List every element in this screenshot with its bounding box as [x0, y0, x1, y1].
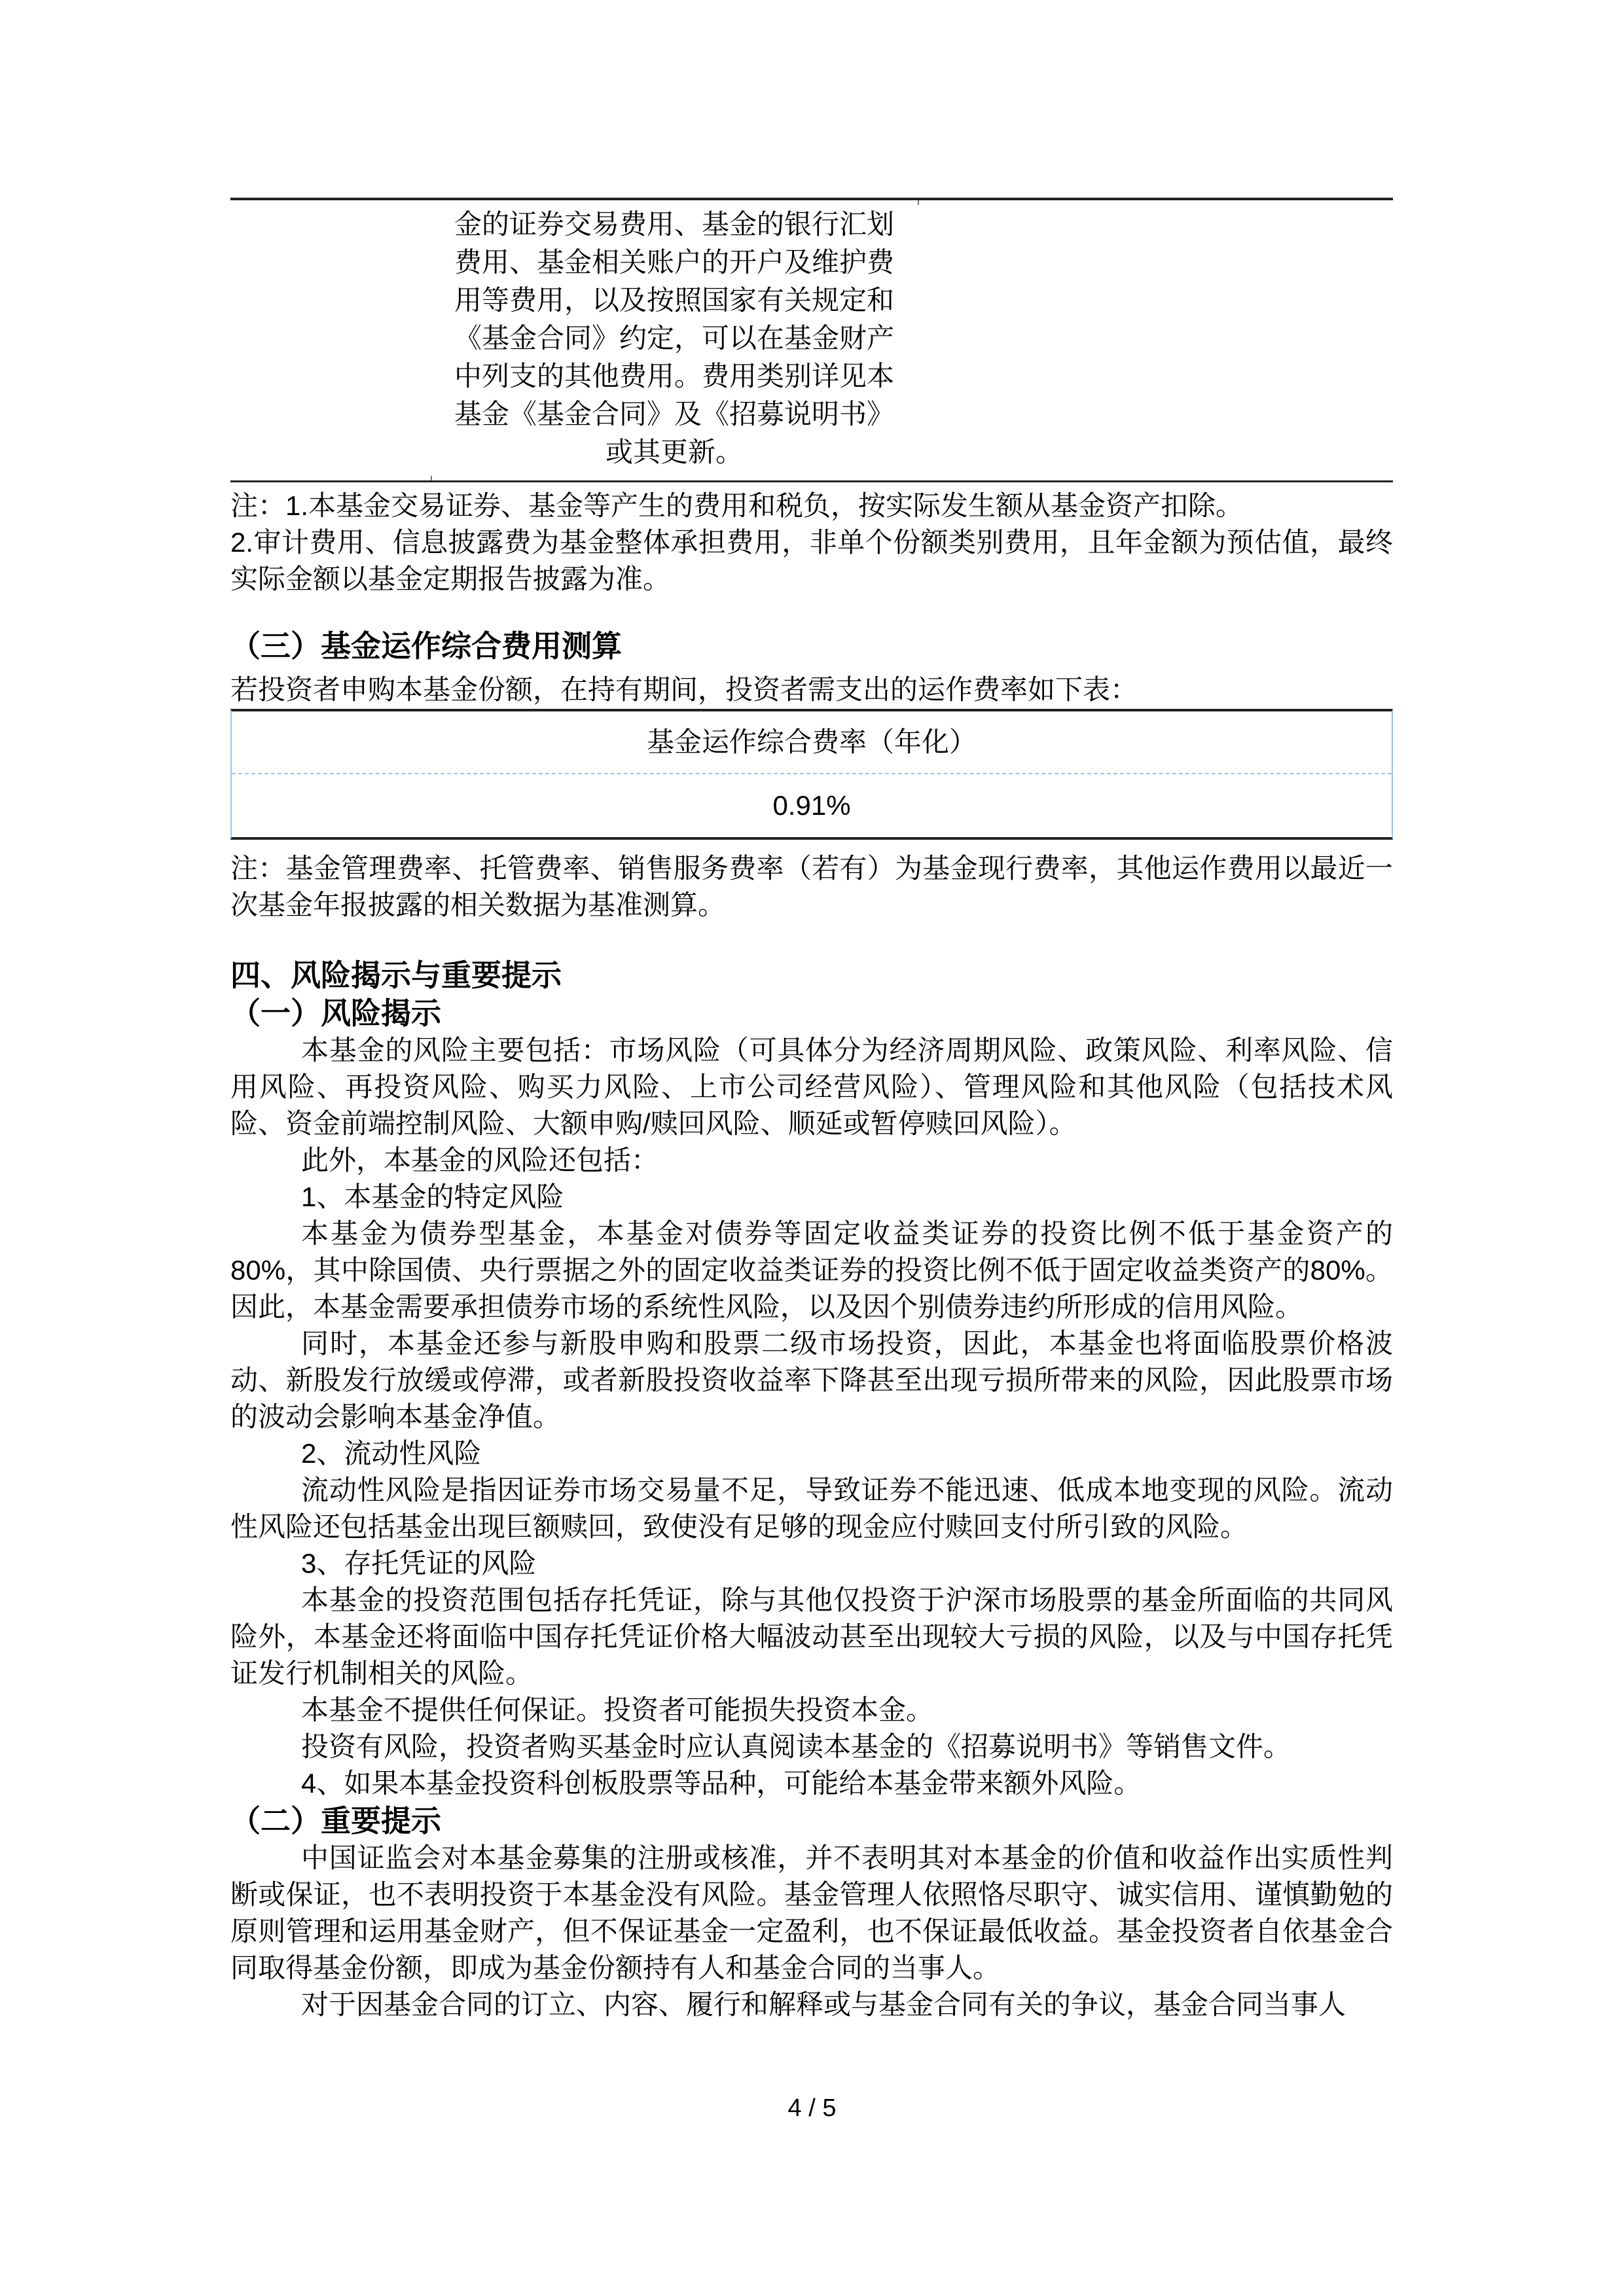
- risk-paragraph: 投资有风险，投资者购买基金时应认真阅读本基金的《招募说明书》等销售文件。: [230, 1729, 1393, 1765]
- section3-heading: （三）基金运作综合费用测算: [230, 627, 1393, 665]
- important-notice-paragraph: 对于因基金合同的订立、内容、履行和解释或与基金合同有关的争议，基金合同当事人: [230, 1986, 1393, 2023]
- important-notice-paragraph: 中国证监会对本基金募集的注册或核准，并不表明其对本基金的价值和收益作出实质性判断…: [230, 1840, 1393, 1986]
- risk-paragraph: 本基金不提供任何保证。投资者可能损失投资本金。: [230, 1692, 1393, 1729]
- section3-intro: 若投资者申购本基金份额，在持有期间，投资者需支出的运作费率如下表：: [230, 672, 1393, 708]
- risk-paragraph: 同时，本基金还参与新股申购和股票二级市场投资，因此，本基金也将面临股票价格波动、…: [230, 1325, 1393, 1435]
- fee-table-value-cell: 0.91%: [232, 774, 1392, 837]
- risk-item-heading: 2、流动性风险: [230, 1435, 1393, 1472]
- section4-heading: 四、风险揭示与重要提示: [230, 956, 1393, 994]
- fee-table-header-cell: 基金运作综合费率（年化）: [232, 711, 1392, 773]
- risk-paragraph: 本基金为债券型基金，本基金对债券等固定收益类证券的投资比例不低于基金资产的80%…: [230, 1215, 1393, 1325]
- notes-after-fee-table: 注：1.本基金交易证券、基金等产生的费用和税负，按实际发生额从基金资产扣除。 2…: [230, 488, 1393, 598]
- page-number: 4 / 5: [0, 2093, 1624, 2123]
- risk-paragraph: 流动性风险是指因证券市场交易量不足，导致证券不能迅速、低成本地变现的风险。流动性…: [230, 1472, 1393, 1545]
- table-column-tick: [918, 200, 919, 205]
- section4-sub1-heading: （一）风险揭示: [230, 994, 1393, 1032]
- note-line-2: 2.审计费用、信息披露费为基金整体承担费用，非单个份额类别费用，且年金额为预估值…: [230, 524, 1393, 598]
- document-page: 金的证券交易费用、基金的银行汇划 费用、基金相关账户的开户及维护费 用等费用，以…: [0, 0, 1624, 2296]
- risk-item-heading: 1、本基金的特定风险: [230, 1179, 1393, 1215]
- document-body: 金的证券交易费用、基金的银行汇划 费用、基金相关账户的开户及维护费 用等费用，以…: [230, 0, 1393, 2023]
- risk-item-heading: 4、如果本基金投资科创板股票等品种，可能给本基金带来额外风险。: [230, 1765, 1393, 1802]
- operation-fee-rate-table: 基金运作综合费率（年化） 0.91%: [230, 709, 1393, 840]
- risk-paragraph: 本基金的风险主要包括：市场风险（可具体分为经济周期风险、政策风险、利率风险、信用…: [230, 1032, 1393, 1142]
- risk-paragraph: 此外，本基金的风险还包括：: [230, 1142, 1393, 1179]
- section3-note: 注：基金管理费率、托管费率、销售服务费率（若有）为基金现行费率，其他运作费用以最…: [230, 850, 1393, 924]
- table-column-tick: [431, 476, 432, 480]
- note-line-1: 注：1.本基金交易证券、基金等产生的费用和税负，按实际发生额从基金资产扣除。: [230, 488, 1393, 524]
- fee-detail-table-continued: 金的证券交易费用、基金的银行汇划 费用、基金相关账户的开户及维护费 用等费用，以…: [230, 198, 1393, 482]
- risk-item-heading: 3、存托凭证的风险: [230, 1545, 1393, 1582]
- risk-paragraph: 本基金的投资范围包括存托凭证，除与其他仅投资于沪深市场股票的基金所面临的共同风险…: [230, 1582, 1393, 1692]
- section4-sub2-heading: （二）重要提示: [230, 1802, 1393, 1840]
- fee-detail-cell-text: 金的证券交易费用、基金的银行汇划 费用、基金相关账户的开户及维护费 用等费用，以…: [431, 206, 918, 471]
